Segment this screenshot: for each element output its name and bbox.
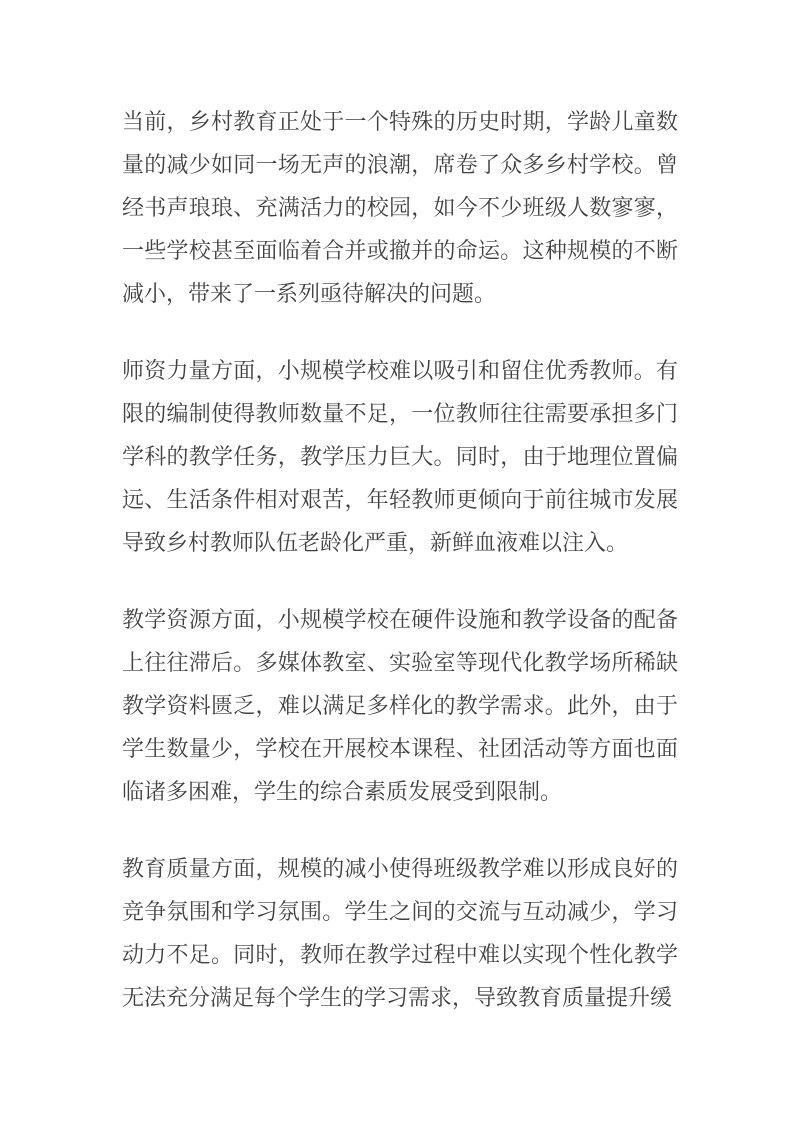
body-paragraph-3: 教学资源方面，小规模学校在硬件设施和教学设备的配备上往往滞后。多媒体教室、实验室… bbox=[122, 598, 678, 813]
document-page: 当前，乡村教育正处于一个特殊的历史时期，学龄儿童数量的减少如同一场无声的浪潮，席… bbox=[0, 0, 793, 1122]
body-paragraph-1: 当前，乡村教育正处于一个特殊的历史时期，学龄儿童数量的减少如同一场无声的浪潮，席… bbox=[122, 100, 678, 315]
body-paragraph-2: 师资力量方面，小规模学校难以吸引和留住优秀教师。有限的编制使得教师数量不足，一位… bbox=[122, 349, 678, 564]
body-paragraph-4: 教育质量方面，规模的减小使得班级教学难以形成良好的竞争氛围和学习氛围。学生之间的… bbox=[122, 847, 678, 1019]
